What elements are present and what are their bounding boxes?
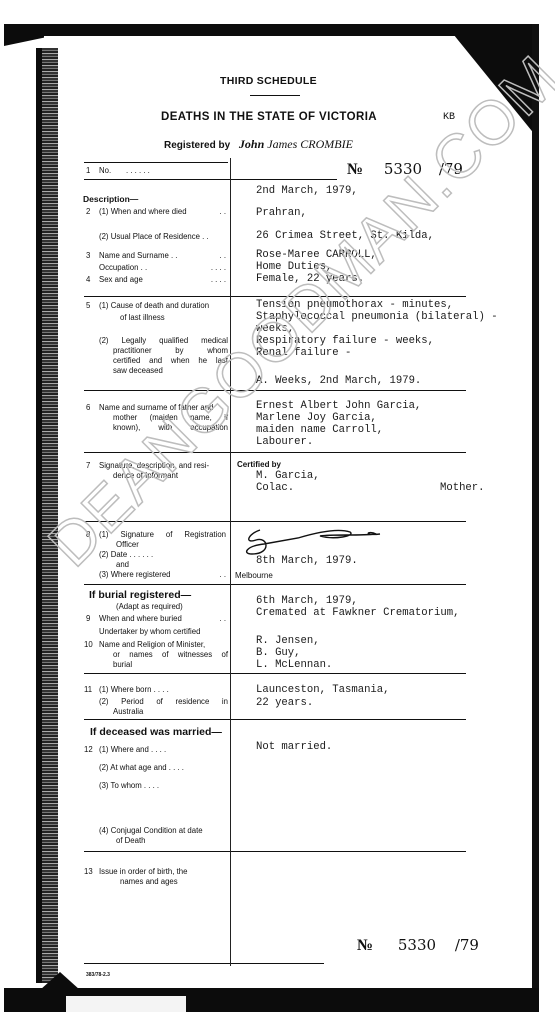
label-parents: 6Name and surname of father and [86,403,228,413]
value-marriage: Not married. [256,742,332,754]
registered-by-label: Registered by [164,140,230,151]
value-father-occupation: Labourer. [256,437,313,449]
value-occupation: Home Duties, [256,262,332,274]
rule-top [84,162,228,163]
label-married-heading: If deceased was married— [90,727,222,737]
label-when-where-buried: 9When and where buried. . [86,614,228,624]
value-registration-place: Melbourne [235,571,273,580]
label-australia: Australia [113,707,143,717]
rule-row8 [84,584,466,585]
value-cause-3: weeks, [256,324,294,336]
label-and: and [116,560,129,570]
label-burial-heading: If burial registered— [89,590,191,600]
rule-row5 [84,390,466,391]
rule-row6 [84,452,466,453]
label-occupation: Occupation . .. . . . [99,263,228,273]
label-conjugal-condition: (4) Conjugal Condition at date [99,826,228,836]
label-date: (2) Date . . . . . . [99,550,228,560]
value-maiden-name: maiden name Carroll, [256,425,383,437]
value-name: Rose-Maree CARROLL, [256,250,377,262]
value-registration-date: 8th March, 1979. [256,556,358,568]
label-where-registered: (3) Where registered. . [99,570,228,580]
value-cause-4: Respiratory failure - weeks, [256,336,434,348]
label-minister: 10Name and Religion of Minister, [84,640,228,650]
rule-row4 [84,296,466,297]
value-burial-place: Cremated at Fawkner Crematorium, [256,608,459,620]
label-parents-3: known), with occupation [113,423,228,433]
value-informant-relation: Mother. [440,483,485,495]
book-binding [36,48,58,983]
label-sex-age: 4Sex and age. . . . [86,275,228,285]
label-practitioner-2: practitioner by whom [113,346,228,356]
value-informant-place: Colac. [256,483,294,495]
value-witness-2: L. McLennan. [256,660,332,672]
label-minister-2: or names of witnesses of [113,650,228,660]
label-practitioner: (2) Legally qualified medical [99,336,228,346]
record-year: /79 [439,160,463,178]
label-residence-period: (2) Period of residence in [99,697,228,707]
number-symbol-icon: № [347,161,363,178]
label-signature-officer: 8(1) Signature of Registration [86,530,228,540]
rule-row1 [84,179,337,180]
label-usual-residence: (2) Usual Place of Residence . . [99,232,228,242]
registrar-first-name: John [239,137,264,151]
value-cause-2: Staphylococcal pneumonia (bilateral) - [256,312,498,324]
value-certified-by: Certified by [237,460,281,469]
label-informant-2: dence of Informant [113,471,178,481]
form-code: 383/78-2.3 [86,972,110,978]
registered-by: Registered by John James CROMBIE [164,137,353,152]
document-title: DEATHS IN THE STATE OF VICTORIA [161,111,377,123]
value-burial-date: 6th March, 1979, [256,596,358,608]
scan-border-top-curve [4,34,44,46]
label-officer: Officer [116,540,139,550]
label-of-death: of Death [116,836,145,846]
value-cause-1: Tension pneumothorax - minutes, [256,300,453,312]
label-practitioner-3: certified and when he last [113,356,228,366]
value-practitioner: A. Weeks, 2nd March, 1979. [256,376,421,388]
rule-row12 [84,851,466,852]
value-witness-1: B. Guy, [256,648,301,660]
rule-row10 [84,673,466,674]
rule-row11 [84,719,466,720]
label-undertaker: Undertaker by whom certified [99,627,200,637]
value-date-of-death: 2nd March, 1979, [256,186,358,198]
value-place-of-death: Prahran, [256,208,307,220]
label-practitioner-4: saw deceased [113,366,163,376]
heading-underline [250,95,300,96]
label-no: 1No.. . . . . . [86,166,228,176]
record-number-top: № 5330 /79 [347,160,463,179]
record-year: /79 [455,936,479,954]
schedule-heading: THIRD SCHEDULE [220,75,317,87]
label-description: Description— [83,194,138,204]
value-father: Ernest Albert John Garcia, [256,401,421,413]
rule-bottom [84,963,324,964]
label-minister-3: burial [113,660,132,670]
value-undertaker: R. Jensen, [256,636,320,648]
value-cause-5: Renal failure - [256,348,351,360]
value-residence: 26 Crimea Street, St. Kilda, [256,231,434,243]
value-birthplace: Launceston, Tasmania, [256,685,390,697]
label-where-and: 12(1) Where and . . . . [84,745,228,755]
value-sex-age: Female, 22 years. [256,274,364,286]
label-where-born: 11(1) Where born . . . . [84,685,228,695]
scan-paper-strip [66,996,186,1012]
column-divider [230,158,231,966]
registrar-name: John James CROMBIE [239,137,353,151]
label-cause-of-death-2: of last illness [120,313,165,323]
label-to-whom: (3) To whom . . . . [99,781,228,791]
record-number-bottom: № 5330 /79 [357,936,479,955]
number-symbol-icon: № [357,937,373,954]
label-burial-sub: (Adapt as required) [116,602,183,612]
label-when-where-died: 2(1) When and where died. . [86,207,228,217]
value-mother: Marlene Joy Garcia, [256,413,377,425]
registrar-last-name: James CROMBIE [267,137,353,151]
record-number: 5330 [398,936,436,954]
record-number: 5330 [384,160,422,178]
label-cause-of-death: 5(1) Cause of death and duration [86,301,228,311]
rule-row7 [84,521,466,522]
label-name-surname: 3Name and Surname . .. . [86,251,228,261]
scan-border-right [532,24,539,994]
label-informant: 7Signature, description, and resi- [86,461,228,471]
value-informant-name: M. Garcia, [256,471,320,483]
label-issue-2: names and ages [120,877,178,887]
value-residence-period: 22 years. [256,698,313,710]
label-issue: 13Issue in order of birth, the [84,867,228,877]
label-what-age: (2) At what age and . . . . [99,763,228,773]
scan-corner-top-right [445,24,539,134]
document-code: KB [443,112,455,123]
label-parents-2: mother (maiden name, if [113,413,228,423]
